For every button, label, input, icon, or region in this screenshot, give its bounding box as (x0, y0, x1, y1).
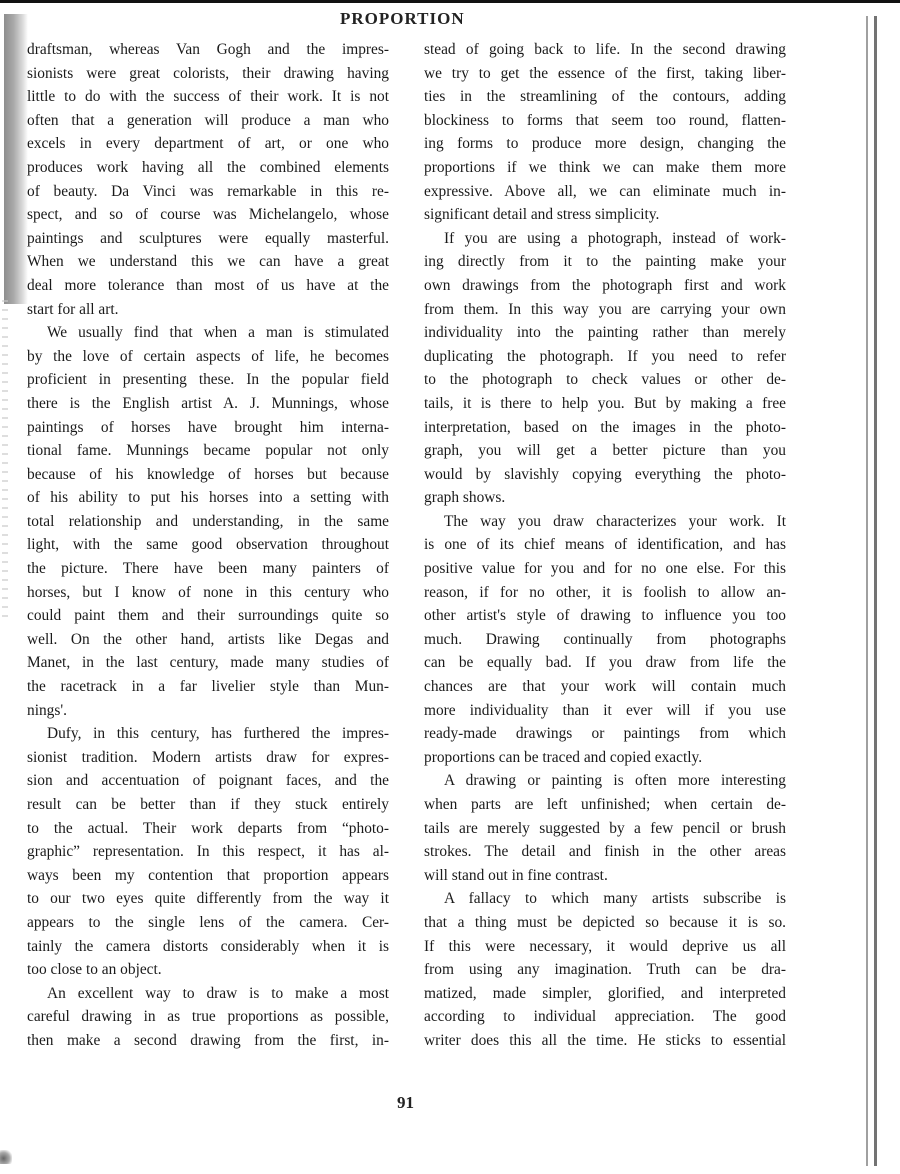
text-line: An excellent way to draw is to make a mo… (27, 982, 389, 1006)
text-line: ways been my contention that proportion … (27, 864, 389, 888)
text-line: proficient in presenting these. In the p… (27, 368, 389, 392)
text-line: would by slavishly copying everything th… (424, 463, 786, 487)
text-line: too close to an object. (27, 958, 389, 982)
text-line: by the love of certain aspects of life, … (27, 345, 389, 369)
text-line: other artist's style of drawing to influ… (424, 604, 786, 628)
text-line: draftsman, whereas Van Gogh and the impr… (27, 38, 389, 62)
text-line: there is the English artist A. J. Munnin… (27, 392, 389, 416)
text-line: ing directly from it to the painting mak… (424, 250, 786, 274)
text-line: sion and accentuation of poignant faces,… (27, 769, 389, 793)
text-line: sionist tradition. Modern artists draw f… (27, 746, 389, 770)
text-line: chances are that your work will contain … (424, 675, 786, 699)
text-line: ready-made drawings or paintings from wh… (424, 722, 786, 746)
text-line: that a thing must be depicted so because… (424, 911, 786, 935)
page-edge-line (874, 16, 877, 1166)
text-line: Dufy, in this century, has furthered the… (27, 722, 389, 746)
text-line: interpretation, based on the images in t… (424, 416, 786, 440)
text-line: produces work having all the combined el… (27, 156, 389, 180)
text-line: will stand out in fine contrast. (424, 864, 786, 888)
text-line: graphic” representation. In this respect… (27, 840, 389, 864)
text-line: appears to the single lens of the camera… (27, 911, 389, 935)
text-line: then make a second drawing from the firs… (27, 1029, 389, 1053)
text-line: individuality into the painting rather t… (424, 321, 786, 345)
text-line: stead of going back to life. In the seco… (424, 38, 786, 62)
text-line: of his ability to put his horses into a … (27, 486, 389, 510)
text-line: result can be better than if they stuck … (27, 793, 389, 817)
text-line: tainly the camera distorts considerably … (27, 935, 389, 959)
page-number: 91 (397, 1093, 414, 1113)
text-line: we try to get the essence of the first, … (424, 62, 786, 86)
text-line: ties in the streamlining of the contours… (424, 85, 786, 109)
text-line: paintings of horses have brought him int… (27, 416, 389, 440)
text-line: to the actual. Their work departs from “… (27, 817, 389, 841)
text-line: A fallacy to which many artists subscrib… (424, 887, 786, 911)
text-line: careful drawing in as true proportions a… (27, 1005, 389, 1029)
text-line: the racetrack in a far livelier style th… (27, 675, 389, 699)
text-line: horses, but I know of none in this centu… (27, 581, 389, 605)
text-line: ing forms to produce more design, changi… (424, 132, 786, 156)
text-line: nings'. (27, 699, 389, 723)
right-text-column: stead of going back to life. In the seco… (424, 38, 786, 1053)
text-line: start for all art. (27, 298, 389, 322)
text-line: Manet, in the last century, made many st… (27, 651, 389, 675)
text-line: of beauty. Da Vinci was remarkable in th… (27, 180, 389, 204)
text-line: significant detail and stress simplicity… (424, 203, 786, 227)
text-line: to the photograph to check values or oth… (424, 368, 786, 392)
scan-edge-specks (2, 300, 8, 620)
text-line: more individuality than it ever will if … (424, 699, 786, 723)
left-text-column: draftsman, whereas Van Gogh and the impr… (27, 38, 389, 1053)
text-line: proportions can be traced and copied exa… (424, 746, 786, 770)
text-line: reason, if for no other, it is foolish t… (424, 581, 786, 605)
text-line: can be equally bad. If you draw from lif… (424, 651, 786, 675)
text-line: expressive. Above all, we can eliminate … (424, 180, 786, 204)
text-line: excels in every department of art, or on… (27, 132, 389, 156)
page-edge-line (866, 16, 868, 1166)
text-line: duplicating the photograph. If you need … (424, 345, 786, 369)
text-line: proportions if we think we can make them… (424, 156, 786, 180)
text-line: tails are merely suggested by a few penc… (424, 817, 786, 841)
text-line: could paint them and their surroundings … (27, 604, 389, 628)
text-line: We usually find that when a man is stimu… (27, 321, 389, 345)
text-line: deal more tolerance than most of us have… (27, 274, 389, 298)
scan-right-page-edge (866, 16, 880, 1166)
text-line: much. Drawing continually from photograp… (424, 628, 786, 652)
text-line: tional fame. Munnings became popular not… (27, 439, 389, 463)
text-line: paintings and sculptures were equally ma… (27, 227, 389, 251)
text-line: total relationship and understanding, in… (27, 510, 389, 534)
text-line: from them. In this way you are carrying … (424, 298, 786, 322)
scan-corner-smudge (0, 1150, 12, 1164)
text-line: to our two eyes quite differently from t… (27, 887, 389, 911)
text-line: when parts are left unfinished; when cer… (424, 793, 786, 817)
text-line: sionists were great colorists, their dra… (27, 62, 389, 86)
text-line: the picture. There have been many painte… (27, 557, 389, 581)
text-line: The way you draw characterizes your work… (424, 510, 786, 534)
scan-top-border (0, 0, 900, 3)
text-line: When we understand this we can have a gr… (27, 250, 389, 274)
text-line: from using any imagination. Truth can be… (424, 958, 786, 982)
text-line: blockiness to forms that seem too round,… (424, 109, 786, 133)
text-line: according to individual appreciation. Th… (424, 1005, 786, 1029)
text-line: A drawing or painting is often more inte… (424, 769, 786, 793)
text-line: is one of its chief means of identificat… (424, 533, 786, 557)
text-line: If you are using a photograph, instead o… (424, 227, 786, 251)
text-line: spect, and so of course was Michelangelo… (27, 203, 389, 227)
text-line: matized, made simpler, glorified, and in… (424, 982, 786, 1006)
text-line: well. On the other hand, artists like De… (27, 628, 389, 652)
text-line: positive value for you and for no one el… (424, 557, 786, 581)
running-head: PROPORTION (340, 9, 465, 29)
text-line: strokes. The detail and finish in the ot… (424, 840, 786, 864)
text-line: often that a generation will produce a m… (27, 109, 389, 133)
text-line: own drawings from the photograph first a… (424, 274, 786, 298)
text-line: writer does this all the time. He sticks… (424, 1029, 786, 1053)
text-line: little to do with the success of their w… (27, 85, 389, 109)
text-line: because of his knowledge of horses but b… (27, 463, 389, 487)
text-line: graph, you will get a better picture tha… (424, 439, 786, 463)
text-line: If this were necessary, it would deprive… (424, 935, 786, 959)
text-line: graph shows. (424, 486, 786, 510)
scan-binding-shadow (4, 14, 28, 304)
text-line: tails, it is there to help you. But by m… (424, 392, 786, 416)
text-line: light, with the same good observation th… (27, 533, 389, 557)
